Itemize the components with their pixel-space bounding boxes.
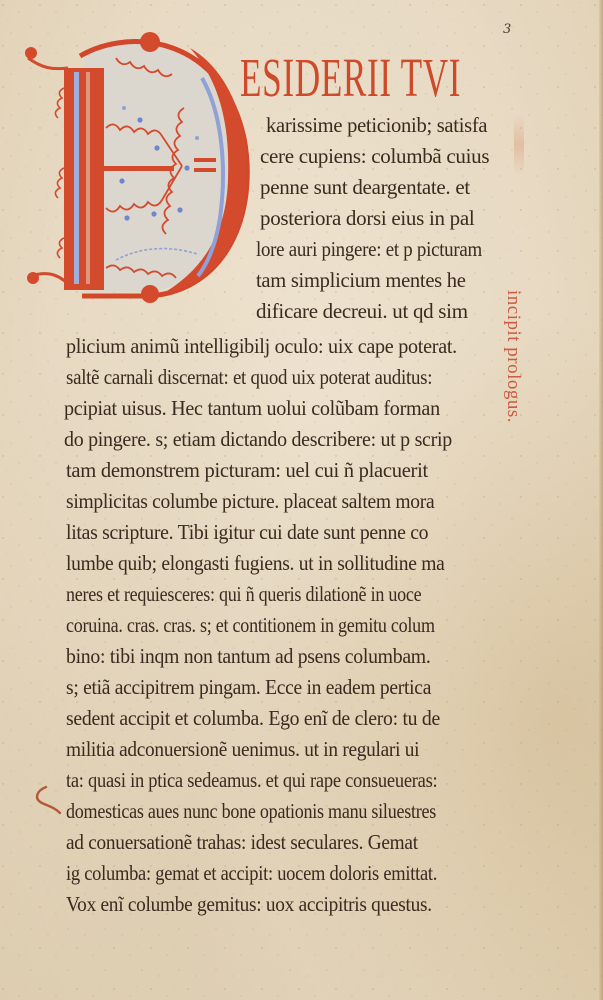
- text-line: bino: tibi inqm non tantum ad psens colu…: [66, 644, 431, 669]
- text-line: lore auri pingere: et p picturam: [256, 237, 482, 262]
- text-line: militia adconuersionẽ uenimus. ut in reg…: [66, 737, 419, 762]
- text-line: cere cupiens: columbã cuius: [260, 144, 489, 169]
- text-line: ig columba: gemat et accipit: uocem dolo…: [66, 861, 437, 886]
- text-line: posteriora dorsi eius in pal: [260, 206, 474, 231]
- text-line: ta: quasi in ptica sedeamus. et qui rape…: [66, 768, 437, 793]
- text-line: simplicitas columbe picture. placeat sal…: [66, 489, 434, 514]
- folio-number: 3: [503, 22, 511, 37]
- text-line: neres et requiesceres: qui ñ queris dila…: [66, 582, 421, 607]
- text-line: litas scripture. Tibi igitur cui date su…: [66, 520, 428, 545]
- marginal-rubric: incipit prologus.: [502, 290, 524, 423]
- text-line: coruina. cras. cras. s; et contitionem i…: [66, 613, 435, 638]
- text-line: lumbe quib; elongasti fugiens. ut in sol…: [66, 551, 445, 576]
- text-line: sedent accipit et columba. Ego enĩ de cl…: [66, 706, 440, 731]
- text-line: saltẽ carnali discernat: et quod uix pot…: [66, 365, 432, 390]
- paragraph-flourish-icon: [32, 783, 62, 817]
- manuscript-folio: 3: [0, 0, 603, 1000]
- text-line: s; etiã accipitrem pingam. Ecce in eadem…: [66, 675, 431, 700]
- text-line: karissime peticionib; satisfa: [266, 113, 487, 138]
- text-line: pcipiat uisus. Hec tantum uolui colũbam …: [64, 396, 440, 421]
- text-line: plicium animũ intelligibilj oculo: uix c…: [66, 334, 457, 359]
- text-line: penne sunt deargentate. et: [260, 175, 470, 200]
- rubric-heading: ESIDERII TVI: [240, 44, 413, 112]
- text-line: tam demonstrem picturam: uel cui ñ placu…: [66, 458, 428, 483]
- text-line: Vox enĩ columbe gemitus: uox accipitris …: [66, 892, 432, 917]
- illuminated-initial-d-icon: [22, 28, 262, 304]
- text-line: dificare decreui. ut qd sim: [256, 299, 468, 324]
- text-line: domesticas aues nunc bone opationis manu…: [66, 799, 436, 824]
- text-line: tam simplicium mentes he: [256, 268, 466, 293]
- text-line: do pingere. s; etiam dictando describere…: [64, 427, 452, 452]
- marginal-erasure: [514, 115, 524, 175]
- text-line: ad conuersationẽ trahas: idest seculares…: [66, 830, 418, 855]
